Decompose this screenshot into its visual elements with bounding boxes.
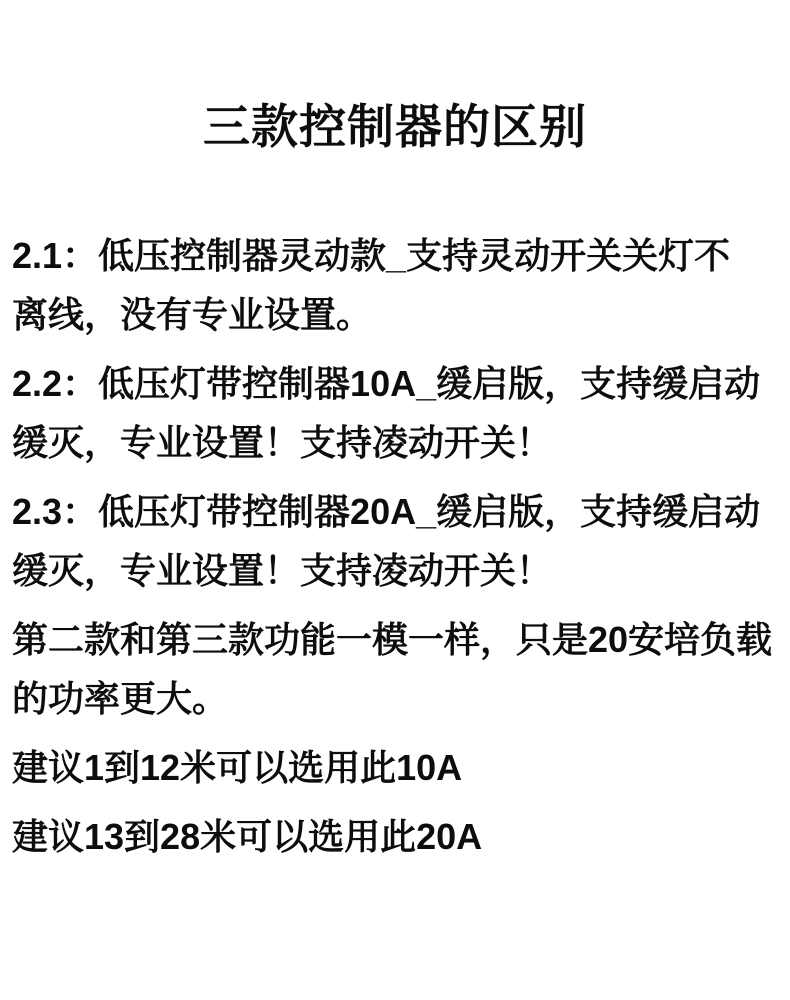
paragraph-line: 缓灭，专业设置！支持凌动开关！ — [12, 541, 766, 600]
paragraph-line: 缓灭，专业设置！支持凌动开关！ — [12, 413, 766, 472]
paragraph-line: 的功率更大。 — [12, 669, 766, 728]
paragraph-line: 2.2：低压灯带控制器10A_缓启版，支持缓启动 — [12, 354, 766, 413]
paragraph-line: 2.1：低压控制器灵动款_支持灵动开关关灯不 — [12, 226, 766, 285]
paragraph-comparison-note: 第二款和第三款功能一模一样，只是20安培负载 的功率更大。 — [12, 610, 766, 728]
document-body: 2.1：低压控制器灵动款_支持灵动开关关灯不 离线，没有专业设置。 2.2：低压… — [0, 226, 790, 866]
paragraph-controller-2-2: 2.2：低压灯带控制器10A_缓启版，支持缓启动 缓灭，专业设置！支持凌动开关！ — [12, 354, 766, 472]
document-page: 三款控制器的区别 2.1：低压控制器灵动款_支持灵动开关关灯不 离线，没有专业设… — [0, 0, 790, 1000]
paragraph-controller-2-3: 2.3：低压灯带控制器20A_缓启版，支持缓启动 缓灭，专业设置！支持凌动开关！ — [12, 482, 766, 600]
paragraph-line: 第二款和第三款功能一模一样，只是20安培负载 — [12, 610, 766, 669]
page-title: 三款控制器的区别 — [0, 0, 790, 156]
paragraph-line: 建议13到28米可以选用此20A — [12, 807, 766, 866]
paragraph-line: 2.3：低压灯带控制器20A_缓启版，支持缓启动 — [12, 482, 766, 541]
paragraph-line: 建议1到12米可以选用此10A — [12, 738, 766, 797]
paragraph-recommendation-10a: 建议1到12米可以选用此10A — [12, 738, 766, 797]
paragraph-line: 离线，没有专业设置。 — [12, 285, 766, 344]
paragraph-recommendation-20a: 建议13到28米可以选用此20A — [12, 807, 766, 866]
paragraph-controller-2-1: 2.1：低压控制器灵动款_支持灵动开关关灯不 离线，没有专业设置。 — [12, 226, 766, 344]
